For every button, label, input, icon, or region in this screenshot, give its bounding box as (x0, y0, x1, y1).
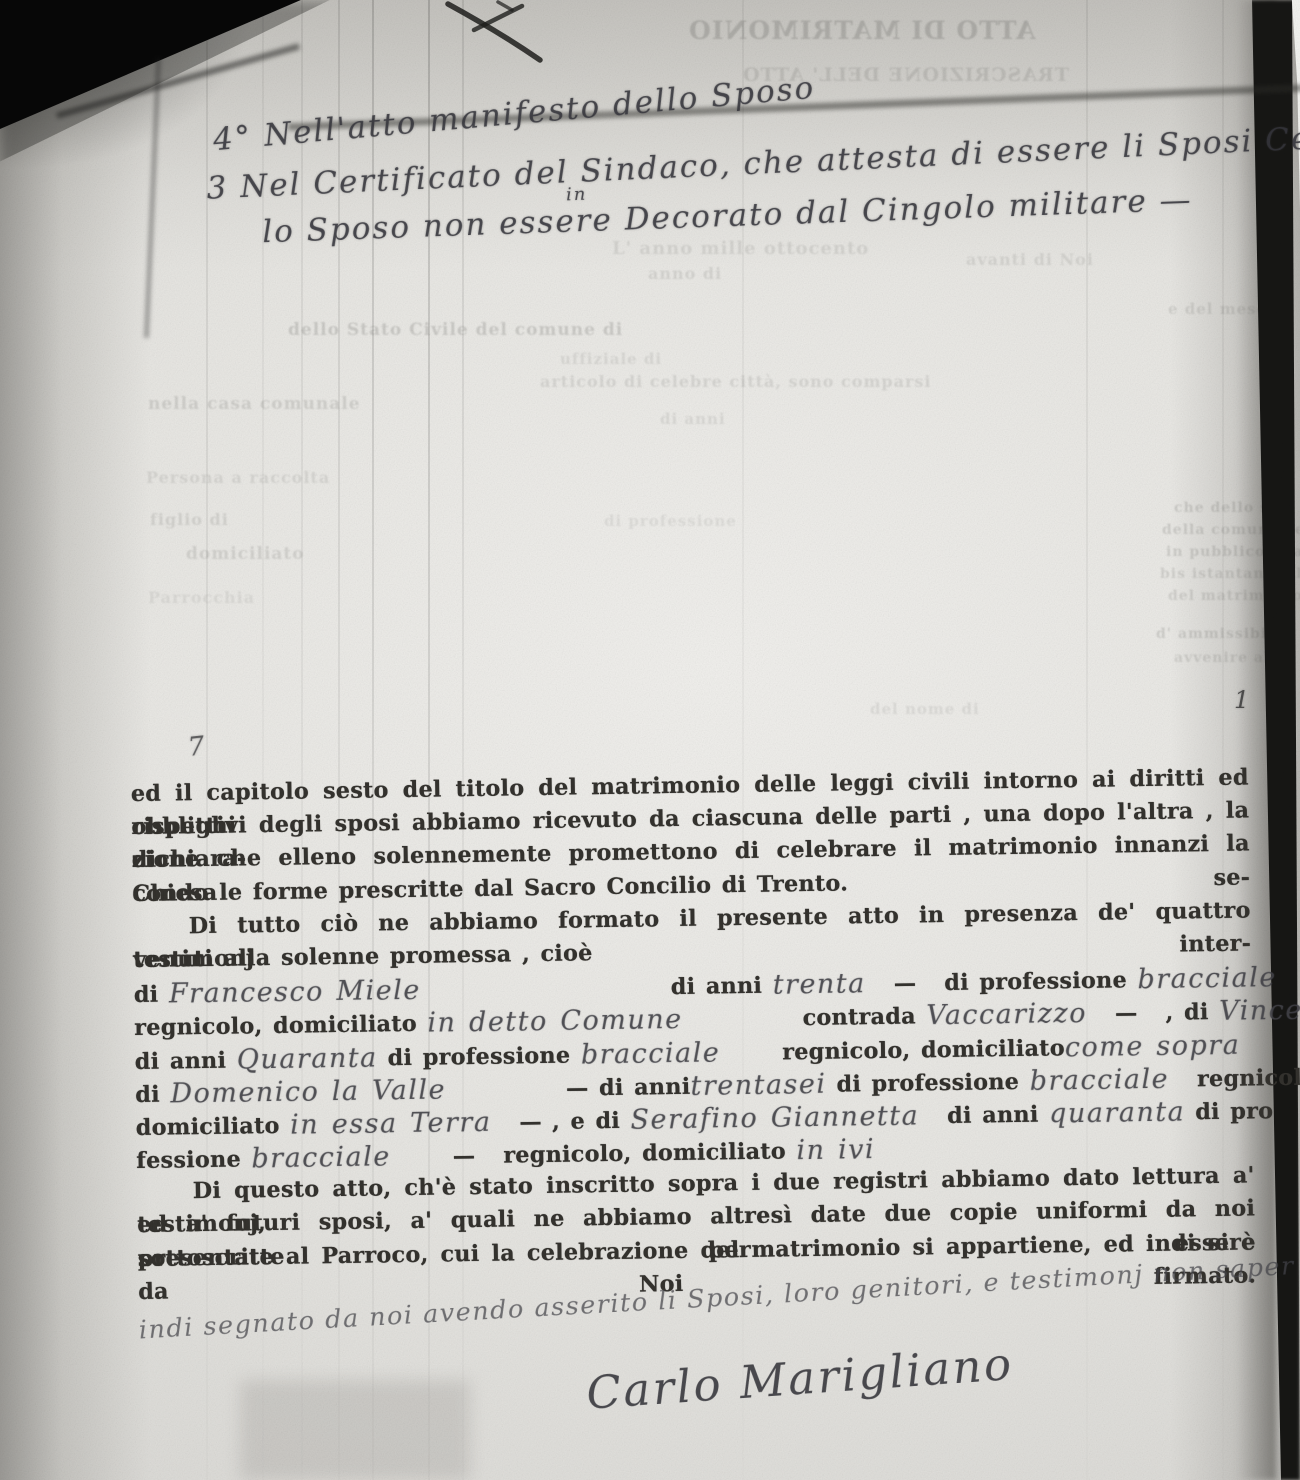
ghost-text-fragment: L' anno mille ottocento (612, 238, 869, 259)
handwritten-entry: Domenico la Valle (170, 1074, 446, 1109)
printed-text: — (894, 971, 917, 997)
handwritten-entry: in ivi (796, 1134, 875, 1166)
printed-text: , e di (552, 1108, 631, 1135)
ghost-text-fragment: nella casa comunale (148, 394, 361, 414)
handwritten-entry: Vaccarizzo (926, 998, 1087, 1031)
printed-text: di (135, 1081, 170, 1108)
handwritten-entry: in essa Terra (290, 1107, 492, 1141)
blank-space (542, 1128, 552, 1129)
blank-space (421, 993, 671, 998)
handwritten-entry: Francesco Miele (169, 975, 421, 1010)
blank-space (916, 989, 944, 990)
grain-patch (240, 1380, 470, 1480)
printed-text: regnicolo, (1197, 1064, 1300, 1092)
handwritten-entry: bracciale (1029, 1063, 1169, 1096)
ghost-text-fragment: figlio di (150, 510, 229, 529)
ghost-text-fragment: del nome di (870, 700, 980, 718)
printed-text: domiciliato (136, 1113, 291, 1141)
handwritten-entry: in detto Comune (427, 1004, 683, 1039)
blank-space (391, 1162, 453, 1164)
handwritten-entry: quaranta (1049, 1096, 1186, 1129)
handwritten-entry: bracciale (581, 1037, 721, 1070)
handwritten-superscript-correction: in (566, 184, 588, 206)
printed-text: — (1115, 1000, 1138, 1026)
ghost-text-fragment: avanti di Noi (966, 250, 1094, 269)
ghost-text-fragment: uffiziale di (560, 350, 662, 368)
blank-space (446, 1094, 566, 1097)
printed-text: venuti alla solenne promessa , cioè (133, 940, 593, 973)
handwritten-entry: trentasei (690, 1068, 826, 1101)
printed-text: di (134, 982, 169, 1009)
margin-number-mark: 7 (186, 731, 208, 763)
ghost-text-fragment: articolo di celebre città, sono comparsi (540, 372, 931, 391)
printed-text: regnicolo, domiciliato (782, 1035, 1065, 1065)
scanned-document-page: ATTO DI MATRIMONIOTRASCRIZIONE DELL' ATT… (0, 0, 1300, 1480)
ghost-text-fragment: Persona a raccolta (146, 468, 330, 487)
ghost-text-fragment: anno di (648, 264, 722, 283)
blank-space (827, 1090, 837, 1091)
ghost-text-fragment: ATTO DI MATRIMONIO (688, 16, 1035, 45)
blank-space (866, 990, 894, 991)
printed-text: contrada (802, 1004, 926, 1032)
ghost-text-fragment: di professione (604, 512, 737, 530)
printed-text: — (453, 1143, 476, 1169)
handwritten-entry: come sopra (1065, 1029, 1241, 1063)
printed-text: di pro (1195, 1098, 1273, 1125)
printed-text: — di anni (566, 1073, 691, 1101)
printed-text: di anni (947, 1101, 1049, 1129)
margin-number-mark: 1 (1234, 686, 1251, 714)
printed-text: di anni (135, 1047, 237, 1075)
blank-space (378, 1064, 388, 1065)
blank-space (683, 1024, 803, 1027)
printed-text: di anni (671, 973, 773, 1001)
printed-text: fessione (136, 1146, 252, 1174)
ghost-text-fragment: domiciliato (186, 544, 305, 564)
printed-text: regnicolo, domiciliato (134, 1011, 428, 1041)
blank-space (1169, 1085, 1197, 1086)
printed-text: regnicolo, domiciliato (503, 1138, 797, 1168)
handwritten-entry: Quaranta (237, 1042, 378, 1075)
handwritten-entry: bracciale (1137, 962, 1277, 995)
blank-space (1087, 1020, 1115, 1021)
ghost-text-fragment: di anni (660, 410, 726, 428)
blank-space (492, 1128, 520, 1129)
blank-space (1185, 1118, 1195, 1119)
printed-text: di professione (944, 967, 1138, 996)
ghost-text-fragment: Parrocchia (148, 588, 255, 607)
blank-space (919, 1122, 947, 1123)
handwritten-entry: Serafino Giannetta (630, 1100, 919, 1135)
blank-space (720, 1058, 782, 1060)
handwritten-entry: Vincenzo Cifario (1219, 993, 1300, 1028)
blank-space (1138, 1019, 1166, 1020)
printed-text: , di (1165, 999, 1219, 1026)
printed-text: — (519, 1109, 542, 1135)
handwritten-entry: trenta (772, 968, 866, 1000)
handwritten-entry: bracciale (251, 1141, 391, 1174)
act-body-text: ed il capitolo sesto del titolo del matr… (131, 761, 1256, 1275)
printed-text: di professione (836, 1068, 1030, 1097)
pen-stroke-mark (440, 0, 560, 70)
printed-text: di professione (388, 1042, 582, 1071)
blank-space (475, 1162, 503, 1163)
